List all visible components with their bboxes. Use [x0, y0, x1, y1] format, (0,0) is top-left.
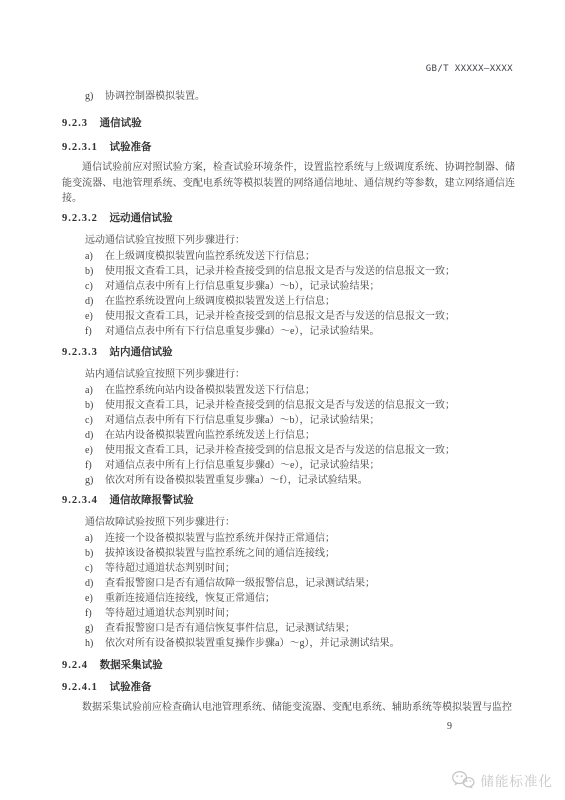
intro-9-2-3-3: 站内通信试验宜按照下列步骤进行：	[62, 367, 515, 382]
step-text: 在监控系统向站内设备模拟装置发送下行信息；	[105, 383, 515, 398]
step-label: a)	[85, 249, 105, 264]
step-item: e) 重新连接通信连接线，恢复正常通信；	[62, 591, 515, 606]
wechat-logo-icon	[451, 770, 476, 790]
step-text: 在站内设备模拟装置向监控系统发送上行信息；	[105, 428, 515, 443]
step-label: b)	[85, 546, 105, 561]
watermark-text: 储能标准化	[481, 770, 554, 790]
step-text: 对通信点表中所有下行信息重复步骤d）～e），记录试验结果。	[105, 324, 515, 339]
step-label: g)	[85, 89, 105, 104]
section-number: 9.2.3.2	[62, 213, 98, 224]
step-text: 等待超过通道状态判别时间；	[105, 606, 515, 621]
step-item: f) 等待超过通道状态判别时间；	[62, 606, 515, 621]
step-item: d) 在站内设备模拟装置向监控系统发送上行信息；	[62, 428, 515, 443]
intro-9-2-3-2: 远动通信试验宜按照下列步骤进行：	[62, 233, 515, 248]
watermark: 储能标准化	[451, 770, 554, 790]
section-title: 试验准备	[110, 142, 152, 153]
heading-9-2-4: 9.2.4 数据采集试验	[62, 659, 515, 673]
heading-9-2-3-2: 9.2.3.2 远动通信试验	[62, 212, 515, 226]
step-label: h)	[85, 636, 105, 651]
section-title: 远动通信试验	[110, 213, 173, 224]
step-text: 使用报文查看工具，记录并检查接受到的信息报文是否与发送的信息报文一致；	[105, 309, 515, 324]
step-text: 连接一个设备模拟装置与监控系统并保持正常通信；	[105, 531, 515, 546]
step-text: 查看报警窗口是否有通信故障一级报警信息，记录测试结果；	[105, 576, 515, 591]
step-text: 拔掉该设备模拟装置与监控系统之间的通信连接线；	[105, 546, 515, 561]
step-label: a)	[85, 383, 105, 398]
step-text: 使用报文查看工具，记录并检查接受到的信息报文是否与发送的信息报文一致；	[105, 264, 515, 279]
heading-9-2-3-4: 9.2.3.4 通信故障报警试验	[62, 494, 515, 508]
step-text: 对通信点表中所有上行信息重复步骤a）～b），记录试验结果；	[105, 279, 515, 294]
step-label: c)	[85, 413, 105, 428]
step-item: a) 在上级调度模拟装置向监控系统发送下行信息；	[62, 249, 515, 264]
step-item: g) 依次对所有设备模拟装置重复步骤a）～f），记录试验结果。	[62, 473, 515, 488]
step-label: f)	[85, 606, 105, 621]
step-item: b) 拔掉该设备模拟装置与监控系统之间的通信连接线；	[62, 546, 515, 561]
step-item: a) 在监控系统向站内设备模拟装置发送下行信息；	[62, 383, 515, 398]
step-list-9-2-3-4: a) 连接一个设备模拟装置与监控系统并保持正常通信； b) 拔掉该设备模拟装置与…	[62, 531, 515, 651]
step-text: 协调控制器模拟装置。	[105, 89, 515, 104]
step-label: f)	[85, 324, 105, 339]
section-title: 通信试验	[100, 118, 142, 129]
section-title: 数据采集试验	[100, 660, 163, 671]
step-item: d) 查看报警窗口是否有通信故障一级报警信息，记录测试结果；	[62, 576, 515, 591]
step-text: 重新连接通信连接线，恢复正常通信；	[105, 591, 515, 606]
heading-9-2-3-1: 9.2.3.1 试验准备	[62, 141, 515, 155]
section-number: 9.2.3	[62, 118, 88, 129]
step-text: 对通信点表中所有上行信息重复步骤d）～e），记录试验结果；	[105, 458, 515, 473]
paragraph-9-2-3-1: 通信试验前应对照试验方案，检查试验环境条件，设置监控系统与上级调度系统、协调控制…	[62, 160, 515, 207]
paragraph-9-2-4-1: 数据采集试验前应检查确认电池管理系统、储能变流器、变配电系统、辅助系统等模拟装置…	[62, 700, 515, 716]
step-item: c) 等待超过通道状态判别时间；	[62, 561, 515, 576]
document-page: GB/T XXXXX—XXXX g) 协调控制器模拟装置。 9.2.3 通信试验…	[0, 0, 565, 800]
step-label: e)	[85, 309, 105, 324]
section-number: 9.2.4	[62, 660, 88, 671]
heading-9-2-4-1: 9.2.4.1 试验准备	[62, 681, 515, 695]
intro-9-2-3-4: 通信故障试验按照下列步骤进行：	[62, 515, 515, 530]
section-title: 通信故障报警试验	[110, 495, 194, 506]
step-label: g)	[85, 473, 105, 488]
step-item: b) 使用报文查看工具，记录并检查接受到的信息报文是否与发送的信息报文一致；	[62, 398, 515, 413]
step-text: 使用报文查看工具，记录并检查接受到的信息报文是否与发送的信息报文一致；	[105, 398, 515, 413]
step-text: 使用报文查看工具，记录并检查接受到的信息报文是否与发送的信息报文一致；	[105, 443, 515, 458]
step-list-9-2-3-3: a) 在监控系统向站内设备模拟装置发送下行信息； b) 使用报文查看工具，记录并…	[62, 383, 515, 488]
step-label: c)	[85, 279, 105, 294]
step-item: d) 在监控系统设置向上级调度模拟装置发送上行信息；	[62, 294, 515, 309]
step-item: f) 对通信点表中所有上行信息重复步骤d）～e），记录试验结果；	[62, 458, 515, 473]
step-item: h) 依次对所有设备模拟装置重复操作步骤a）～g），并记录测试结果。	[62, 636, 515, 651]
section-number: 9.2.3.3	[62, 347, 98, 358]
step-list-9-2-3-2: a) 在上级调度模拟装置向监控系统发送下行信息； b) 使用报文查看工具，记录并…	[62, 249, 515, 339]
step-text: 在上级调度模拟装置向监控系统发送下行信息；	[105, 249, 515, 264]
step-item: c) 对通信点表中所有下行信息重复步骤a）～b），记录试验结果；	[62, 413, 515, 428]
page-number: 9	[62, 721, 515, 732]
step-label: d)	[85, 428, 105, 443]
step-item: e) 使用报文查看工具，记录并检查接受到的信息报文是否与发送的信息报文一致；	[62, 309, 515, 324]
list-item-g: g) 协调控制器模拟装置。	[62, 89, 515, 104]
step-label: a)	[85, 531, 105, 546]
step-label: c)	[85, 561, 105, 576]
step-label: d)	[85, 576, 105, 591]
heading-9-2-3: 9.2.3 通信试验	[62, 117, 515, 131]
step-label: e)	[85, 443, 105, 458]
step-text: 对通信点表中所有下行信息重复步骤a）～b），记录试验结果；	[105, 413, 515, 428]
step-label: g)	[85, 621, 105, 636]
doc-header: GB/T XXXXX—XXXX	[0, 0, 565, 74]
step-text: 依次对所有设备模拟装置重复操作步骤a）～g），并记录测试结果。	[105, 636, 515, 651]
doc-number: GB/T XXXXX—XXXX	[426, 64, 513, 74]
step-item: b) 使用报文查看工具，记录并检查接受到的信息报文是否与发送的信息报文一致；	[62, 264, 515, 279]
step-text: 等待超过通道状态判别时间；	[105, 561, 515, 576]
step-label: d)	[85, 294, 105, 309]
section-title: 站内通信试验	[110, 347, 173, 358]
step-item: c) 对通信点表中所有上行信息重复步骤a）～b），记录试验结果；	[62, 279, 515, 294]
step-text: 依次对所有设备模拟装置重复步骤a）～f），记录试验结果。	[105, 473, 515, 488]
step-label: b)	[85, 398, 105, 413]
step-label: e)	[85, 591, 105, 606]
step-text: 在监控系统设置向上级调度模拟装置发送上行信息；	[105, 294, 515, 309]
step-text: 查看报警窗口是否有通信恢复事件信息，记录测试结果；	[105, 621, 515, 636]
step-item: g) 查看报警窗口是否有通信恢复事件信息，记录测试结果；	[62, 621, 515, 636]
step-item: a) 连接一个设备模拟装置与监控系统并保持正常通信；	[62, 531, 515, 546]
section-title: 试验准备	[110, 682, 152, 693]
page-content: g) 协调控制器模拟装置。 9.2.3 通信试验 9.2.3.1 试验准备 通信…	[0, 89, 565, 732]
step-label: f)	[85, 458, 105, 473]
step-item: f) 对通信点表中所有下行信息重复步骤d）～e），记录试验结果。	[62, 324, 515, 339]
section-number: 9.2.3.1	[62, 142, 98, 153]
step-item: e) 使用报文查看工具，记录并检查接受到的信息报文是否与发送的信息报文一致；	[62, 443, 515, 458]
section-number: 9.2.3.4	[62, 495, 98, 506]
step-label: b)	[85, 264, 105, 279]
heading-9-2-3-3: 9.2.3.3 站内通信试验	[62, 346, 515, 360]
section-number: 9.2.4.1	[62, 682, 98, 693]
